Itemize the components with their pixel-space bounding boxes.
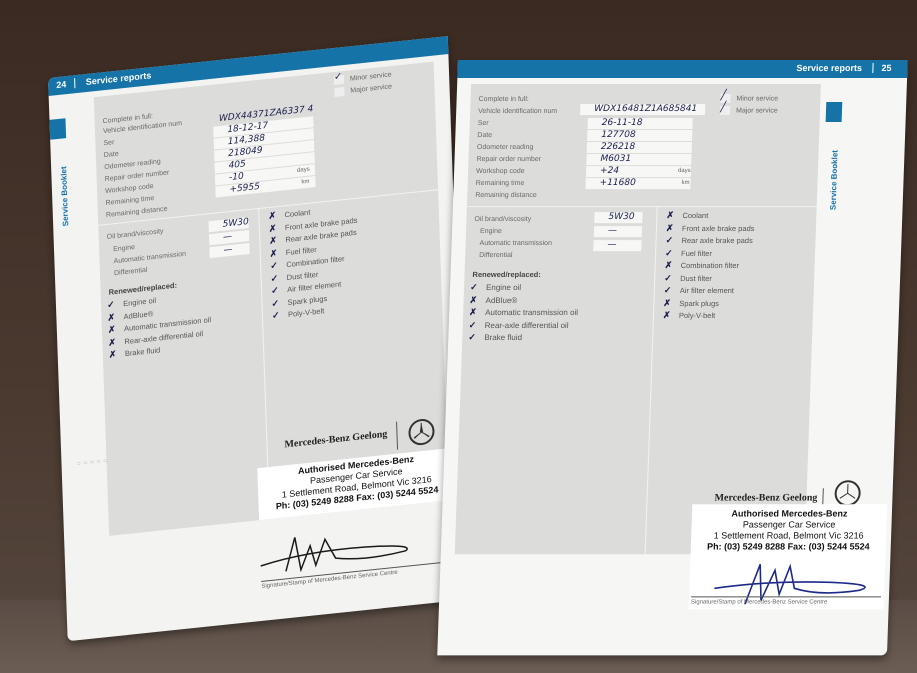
renewed-item[interactable]: ✗Automatic transmission oil <box>469 307 578 320</box>
days-unit: days <box>678 168 691 174</box>
item-label: AdBlue® <box>485 296 517 305</box>
check-item[interactable]: ✗Combination filter <box>664 260 753 273</box>
mark-icon: ✗ <box>663 310 675 321</box>
item-label: Spark plugs <box>679 299 719 308</box>
oil-label: Engine <box>480 228 502 235</box>
dealer-name: Mercedes-Benz Geelong <box>284 429 387 451</box>
workshop-code-field[interactable]: +24 <box>586 166 691 177</box>
item-label: Brake fluid <box>484 333 522 342</box>
km-unit: km <box>301 179 309 186</box>
renewed-item[interactable]: ✗AdBlue® <box>469 295 578 308</box>
check-mark-icon: ✓ <box>468 332 480 343</box>
check-item[interactable]: ✗Poly-V-belt <box>663 310 752 323</box>
mark-icon: ✗ <box>666 223 678 234</box>
field-label: Remaining distance <box>475 192 537 199</box>
renewed-list: ✓Engine oil ✗AdBlue® ✗Automatic transmis… <box>468 282 579 345</box>
item-label: Engine oil <box>123 296 156 308</box>
left-side-label: Service Booklet <box>59 166 70 227</box>
field-label: Ser <box>478 120 489 127</box>
check-item[interactable]: ✓Rear axle brake pads <box>665 235 754 248</box>
field-label: Complete in full: <box>478 96 528 103</box>
check-item[interactable]: ✓Air filter element <box>664 285 753 298</box>
engine-oil-field[interactable]: 5W30 <box>594 212 642 223</box>
field-label: Workshop code <box>476 168 525 175</box>
mark-icon: ✗ <box>663 298 675 309</box>
item-label: AdBlue® <box>123 309 153 321</box>
major-service-label: Major service <box>350 83 392 94</box>
stamp-text: Authorised Mercedes-Benz Passenger Car S… <box>695 508 883 552</box>
oil-heading: Oil brand/viscosity <box>474 216 531 223</box>
item-label: Poly-V-belt <box>288 306 325 319</box>
check-item[interactable]: ✗Coolant <box>666 210 755 223</box>
field-label: Vehicle identification num <box>478 108 557 115</box>
check-mark-icon: ✓ <box>469 320 481 331</box>
field-label: Date <box>104 151 119 160</box>
mercedes-star-icon <box>834 480 861 506</box>
stamp-line: 1 Settlement Road, Belmont Vic 3216 <box>695 530 882 541</box>
major-service-checkbox[interactable]: ╱Major service <box>720 106 778 115</box>
divider <box>467 206 817 207</box>
ser-field[interactable]: 26-11-18 <box>588 118 693 129</box>
checks-list: ✗Coolant ✗Front axle brake pads ✗Rear ax… <box>268 202 360 323</box>
dealer-name: Mercedes-Benz Geelong <box>714 492 817 503</box>
right-side-tab <box>826 102 843 122</box>
stamp-line: Ph: (03) 5249 8288 Fax: (03) 5244 5524 <box>695 541 882 552</box>
left-form-panel: ✓Minor service Major service Complete in… <box>94 62 449 536</box>
right-page-title: Service reports <box>796 63 862 73</box>
minor-service-label: Minor service <box>736 95 778 102</box>
left-page: 24 Service reports Service Booklet ✓Mino… <box>48 36 467 641</box>
left-page-title: Service reports <box>86 70 152 87</box>
mark-icon: ✓ <box>271 285 283 297</box>
right-form-panel: ╱Minor service ╱Major service Complete i… <box>455 84 821 554</box>
dealer-stamp: Authorised Mercedes-Benz Passenger Car S… <box>689 504 888 609</box>
mark-icon: ✓ <box>270 272 282 284</box>
differential-oil-field[interactable]: — <box>593 240 641 251</box>
field-label: Remaining time <box>105 195 154 207</box>
transmission-oil-field[interactable]: — <box>594 226 642 237</box>
mark-icon: ✓ <box>270 260 282 272</box>
renewed-list: ✓Engine oil ✗AdBlue® ✗Automatic transmis… <box>107 289 212 362</box>
cross-mark-icon: ✗ <box>469 295 481 306</box>
oil-label: Engine <box>113 244 135 253</box>
check-item[interactable]: ✗Front axle brake pads <box>666 223 755 236</box>
item-label: Coolant <box>284 208 310 220</box>
field-label: Odometer reading <box>477 144 534 151</box>
cross-mark-icon: ✗ <box>108 336 120 348</box>
checkbox-box <box>334 87 344 97</box>
item-label: Dust filter <box>287 269 319 281</box>
left-page-number: 24 <box>56 78 75 90</box>
major-service-label: Major service <box>736 107 778 114</box>
item-label: Coolant <box>682 211 708 220</box>
field-label: Remaining time <box>476 180 525 187</box>
right-page-header: Service reports 25 <box>457 60 907 78</box>
renewed-heading: Renewed/replaced: <box>472 270 541 279</box>
oil-label: Automatic transmission <box>479 240 552 247</box>
item-label: Fuel filter <box>681 249 712 258</box>
checkbox-box: ✓ <box>334 75 344 85</box>
minor-service-checkbox[interactable]: ╱Minor service <box>720 94 778 103</box>
dealer-stamp: Authorised Mercedes-Benz Passenger Car S… <box>257 448 454 520</box>
remaining-time-field[interactable]: +11680 <box>585 178 690 189</box>
item-label: Rear-axle differential oil <box>485 321 569 330</box>
field-label: Repair order number <box>105 169 170 183</box>
vin-field[interactable]: WDX16481Z1A685841 <box>580 104 705 115</box>
item-label: Dust filter <box>680 274 712 283</box>
mark-icon: ✓ <box>271 297 283 309</box>
field-label: Repair order number <box>476 156 541 163</box>
cross-mark-icon: ✗ <box>469 307 481 318</box>
item-label: Automatic transmission oil <box>485 308 578 317</box>
item-label: Brake fluid <box>125 345 161 358</box>
mark-icon: ✗ <box>666 210 678 221</box>
divider <box>645 206 658 554</box>
mark-icon: ✗ <box>268 210 280 222</box>
field-label: Workshop code <box>105 183 154 195</box>
renewed-item[interactable]: ✓Brake fluid <box>468 332 577 345</box>
oil-label: Differential <box>114 267 148 277</box>
mark-icon: ✓ <box>665 248 677 259</box>
item-label: Fuel filter <box>286 244 317 256</box>
left-side-tab <box>49 118 66 140</box>
item-label: Rear axle brake pads <box>681 236 753 245</box>
cross-mark-icon: ✗ <box>107 311 119 323</box>
mark-icon: ✗ <box>270 247 282 259</box>
field-label: Odometer reading <box>104 158 161 171</box>
mark-icon: ✓ <box>664 285 676 296</box>
major-service-checkbox[interactable]: Major service <box>334 82 392 97</box>
service-booklet: 24 Service reports Service Booklet ✓Mino… <box>0 0 917 673</box>
right-page-number: 25 <box>872 63 899 73</box>
mark-icon: ✗ <box>269 235 281 247</box>
cross-mark-icon: ✗ <box>108 324 120 336</box>
oil-label: Differential <box>479 252 513 259</box>
item-label: Poly-V-belt <box>679 311 716 320</box>
renewed-item[interactable]: ✓Engine oil <box>470 282 579 295</box>
mark-icon: ✓ <box>664 273 676 284</box>
field-label: Ser <box>103 139 114 147</box>
right-side-label: Service Booklet <box>829 150 840 210</box>
stamp-line: Passenger Car Service <box>695 519 882 530</box>
date-field[interactable]: 127708 <box>587 130 692 141</box>
cross-mark-icon: ✗ <box>109 349 121 361</box>
minor-service-label: Minor service <box>350 71 392 82</box>
check-mark-icon: ✓ <box>470 282 482 293</box>
stamp-text: Authorised Mercedes-Benz Passenger Car S… <box>263 450 449 513</box>
renewed-item[interactable]: ✓Rear-axle differential oil <box>468 320 577 333</box>
field-label: Remaining distance <box>106 206 168 219</box>
odometer-field[interactable]: 226218 <box>587 142 692 153</box>
signature-caption: Signature/Stamp of Mercedes-Benz Service… <box>691 596 881 605</box>
km-unit: km <box>681 180 689 186</box>
mercedes-star-icon <box>408 418 435 447</box>
check-mark-icon: ✓ <box>107 299 119 311</box>
mark-icon: ✗ <box>269 222 281 234</box>
stamp-line: Authorised Mercedes-Benz <box>696 508 883 519</box>
oil-label: Automatic transmission <box>113 251 186 266</box>
item-label: Combination filter <box>681 261 740 270</box>
checkbox-box: ╱ <box>720 106 730 115</box>
stamp-separator <box>396 422 398 450</box>
differential-oil-field[interactable]: — <box>209 243 249 258</box>
mark-icon: ✗ <box>665 260 677 271</box>
field-label: Date <box>477 132 492 139</box>
item-label: Front axle brake pads <box>682 224 755 233</box>
faded-stamp-imprint: ≈ ≈ ≈ ≈ ≈ <box>76 456 107 468</box>
repair-order-field[interactable]: M6031 <box>586 154 691 165</box>
mark-icon: ✓ <box>665 235 677 246</box>
check-item[interactable]: ✓Dust filter <box>664 273 753 286</box>
oil-heading: Oil brand/viscosity <box>107 228 164 241</box>
right-page: Service reports 25 Service Booklet ╱Mino… <box>437 60 907 655</box>
mark-icon: ✓ <box>272 309 284 321</box>
check-item[interactable]: ✗Spark plugs <box>663 298 752 311</box>
item-label: Air filter element <box>680 286 734 295</box>
checks-list: ✗Coolant ✗Front axle brake pads ✓Rear ax… <box>663 210 755 323</box>
check-item[interactable]: ✓Fuel filter <box>665 248 754 261</box>
item-label: Engine oil <box>486 283 521 292</box>
